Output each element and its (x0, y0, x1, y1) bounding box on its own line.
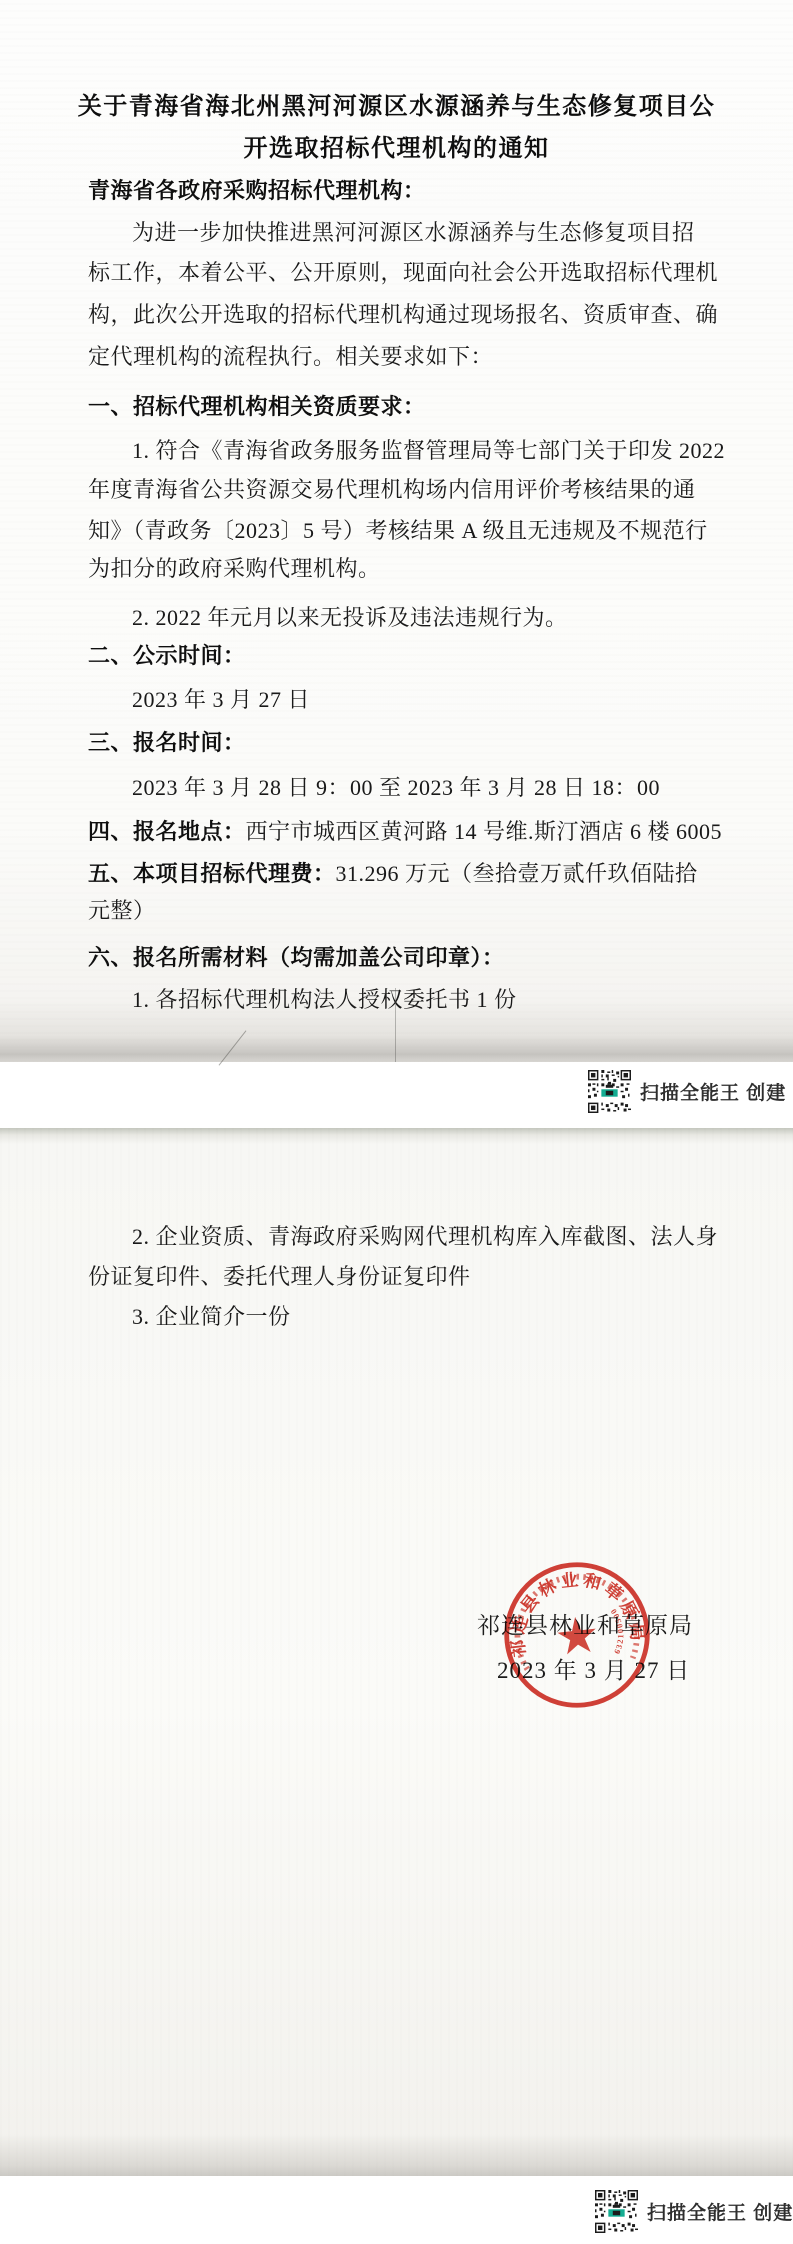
notice-page-1: 关于青海省海北州黑河河源区水源涵养与生态修复项目公 开选取招标代理机构的通知 青… (0, 0, 793, 1062)
section-5-body-line-1: 31.296 万元（叁拾壹万贰仟玖佰陆拾 (336, 861, 698, 886)
section-6-item-3: 3. 企业简介一份 (132, 1302, 291, 1332)
section-4-line: 四、报名地点：西宁市城西区黄河路 14 号维.斯汀酒店 6 楼 6005 (88, 817, 722, 847)
section-1-item-1-line: 1. 符合《青海省政务服务监督管理局等七部门关于印发 2022 (132, 436, 725, 466)
section-3-body: 2023 年 3 月 28 日 9：00 至 2023 年 3 月 28 日 1… (132, 773, 660, 803)
qr-code-icon (588, 1070, 631, 1113)
section-6-heading: 六、报名所需材料（均需加盖公司印章）： (88, 943, 505, 973)
section-4-heading: 四、报名地点： (88, 819, 246, 844)
camscanner-watermark-label: 扫描全能王 创建 (647, 2198, 793, 2225)
section-3-heading: 三、报名时间： (88, 728, 246, 758)
notice-title-line-2: 开选取招标代理机构的通知 (0, 133, 793, 165)
intro-line: 构，此次公开选取的招标代理机构通过现场报名、资质审查、确 (88, 300, 718, 330)
camscanner-watermark: 扫描全能王 创建 (588, 1070, 786, 1113)
qr-code-icon (595, 2190, 638, 2233)
section-1-item-1-line: 为扣分的政府采购代理机构。 (88, 554, 381, 584)
section-5-body-line-2: 元整） (88, 896, 156, 926)
section-2-body: 2023 年 3 月 27 日 (132, 685, 310, 715)
salutation: 青海省各政府采购招标代理机构： (88, 176, 426, 206)
section-1-item-1-line: 年度青海省公共资源交易代理机构场内信用评价考核结果的通 (88, 475, 696, 505)
camscanner-watermark: 扫描全能王 创建 (595, 2190, 793, 2233)
paper-fold-mark (395, 988, 396, 1062)
section-2-heading: 二、公示时间： (88, 641, 246, 671)
section-6-item-2-line: 2. 企业资质、青海政府采购网代理机构库入库截图、法人身 (132, 1222, 718, 1252)
section-6-item-2-line: 份证复印件、委托代理人身份证复印件 (88, 1262, 471, 1292)
section-5-line-1: 五、本项目招标代理费：31.296 万元（叁拾壹万贰仟玖佰陆拾 (88, 859, 698, 889)
intro-line: 为进一步加快推进黑河河源区水源涵养与生态修复项目招 (132, 218, 695, 248)
section-1-heading: 一、招标代理机构相关资质要求： (88, 392, 426, 422)
notice-page-2: 2. 企业资质、青海政府采购网代理机构库入库截图、法人身 份证复印件、委托代理人… (0, 1128, 793, 2176)
section-1-item-2: 2. 2022 年元月以来无投诉及违法违规行为。 (132, 603, 568, 633)
section-5-heading: 五、本项目招标代理费： (88, 861, 336, 886)
notice-title-line-1: 关于青海省海北州黑河河源区水源涵养与生态修复项目公 (0, 91, 793, 123)
section-4-body: 西宁市城西区黄河路 14 号维.斯汀酒店 6 楼 6005 (246, 819, 723, 844)
intro-line: 定代理机构的流程执行。相关要求如下： (88, 342, 493, 372)
seal-star (556, 1615, 598, 1655)
intro-line: 标工作，本着公平、公开原则，现面向社会公开选取招标代理机 (88, 258, 718, 288)
camscanner-watermark-label: 扫描全能王 创建 (640, 1078, 786, 1105)
section-1-item-1-line: 知》（青政务〔2023〕5 号）考核结果 A 级且无违规及不规范行 (88, 516, 708, 546)
official-seal: 祁连县林业和草原局 632100500 (492, 1550, 661, 1719)
paper-fold-mark (219, 1030, 247, 1065)
section-6-item-1: 1. 各招标代理机构法人授权委托书 1 份 (132, 985, 517, 1015)
